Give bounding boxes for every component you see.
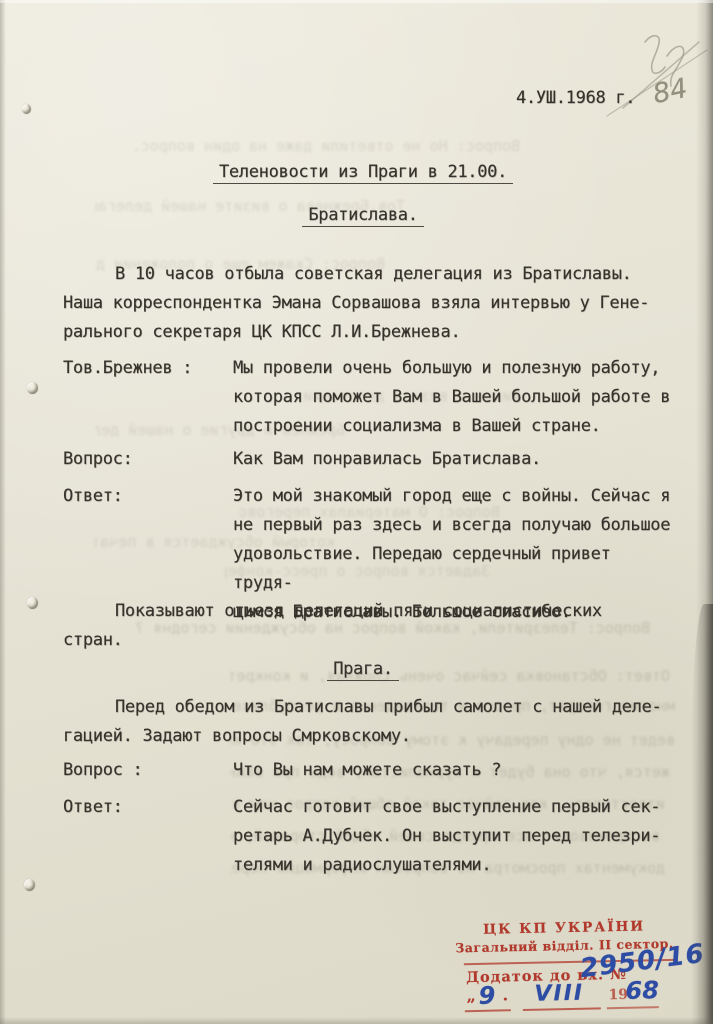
answer-label: Ответ: [63,793,233,880]
stamp-day-period: . [502,985,508,1004]
section-heading-text: Братислава. [302,205,423,227]
handwritten-day: 9 [478,982,495,1010]
stamp-underline-year [607,1006,659,1009]
scan-edge-left [0,0,6,1024]
answer-text: Сейчас готовит свое выступление первый с… [233,793,678,880]
section-heading-praga: Прага. [63,655,663,684]
document-date: 4.УШ.1968 г. [516,84,635,113]
punch-hole [22,104,31,114]
punch-hole [27,597,38,609]
punch-hole [24,879,35,891]
document-title: Теленовости из Праги в 21.00. [63,158,663,187]
stamp-underline-day [465,1009,511,1011]
stamp-open-quote: „ [466,986,476,1005]
stamp-underline-month [523,1007,601,1010]
qa-block-question-1: Вопрос: Как Вам понравилась Братислава. [63,445,678,474]
paragraph-intro: В 10 часов отбыла советская делегация из… [63,260,669,347]
paragraph-departure: Показывают отъезд делегаций пяти социали… [63,597,669,655]
handwritten-year: 68 [625,976,659,1005]
speaker-label: Тов.Брежнев : [63,354,233,441]
stamp-organization: ЦК КП УКРАЇНИ [449,918,679,939]
speaker-text: Мы провели очень большую и полезную рабо… [233,354,678,441]
qa-block-question-2: Вопрос : Что Вы нам можете сказать ? [63,756,678,785]
registration-stamp: ЦК КП УКРАЇНИ Загальний відділ. II секто… [449,915,691,1022]
scan-edge-top [0,0,713,3]
paragraph-arrival: Перед обедом из Братиславы прибыл самоле… [63,693,669,751]
qa-block-answer-2: Ответ: Сейчас готовит свое выступление п… [63,793,678,880]
bleedthrough-line: Вопрос: Но не ответили даже на один вопр… [100,132,520,160]
question-label: Вопрос: [63,445,233,474]
qa-block-brezhnev: Тов.Брежнев : Мы провели очень большую и… [63,354,678,441]
punch-hole [27,382,38,394]
question-text: Что Вы нам можете сказать ? [233,756,678,785]
scanned-document-page: Вопрос: Но не ответили даже на один вопр… [0,0,713,1024]
question-text: Как Вам понравилась Братислава. [233,445,678,474]
document-title-text: Теленовости из Праги в 21.00. [213,162,513,184]
scan-edge-right [696,0,713,1024]
section-heading-text: Прага. [327,659,399,681]
question-label: Вопрос : [63,756,233,785]
section-heading-bratislava: Братислава. [63,201,663,230]
handwritten-month: VIII [534,981,584,1007]
